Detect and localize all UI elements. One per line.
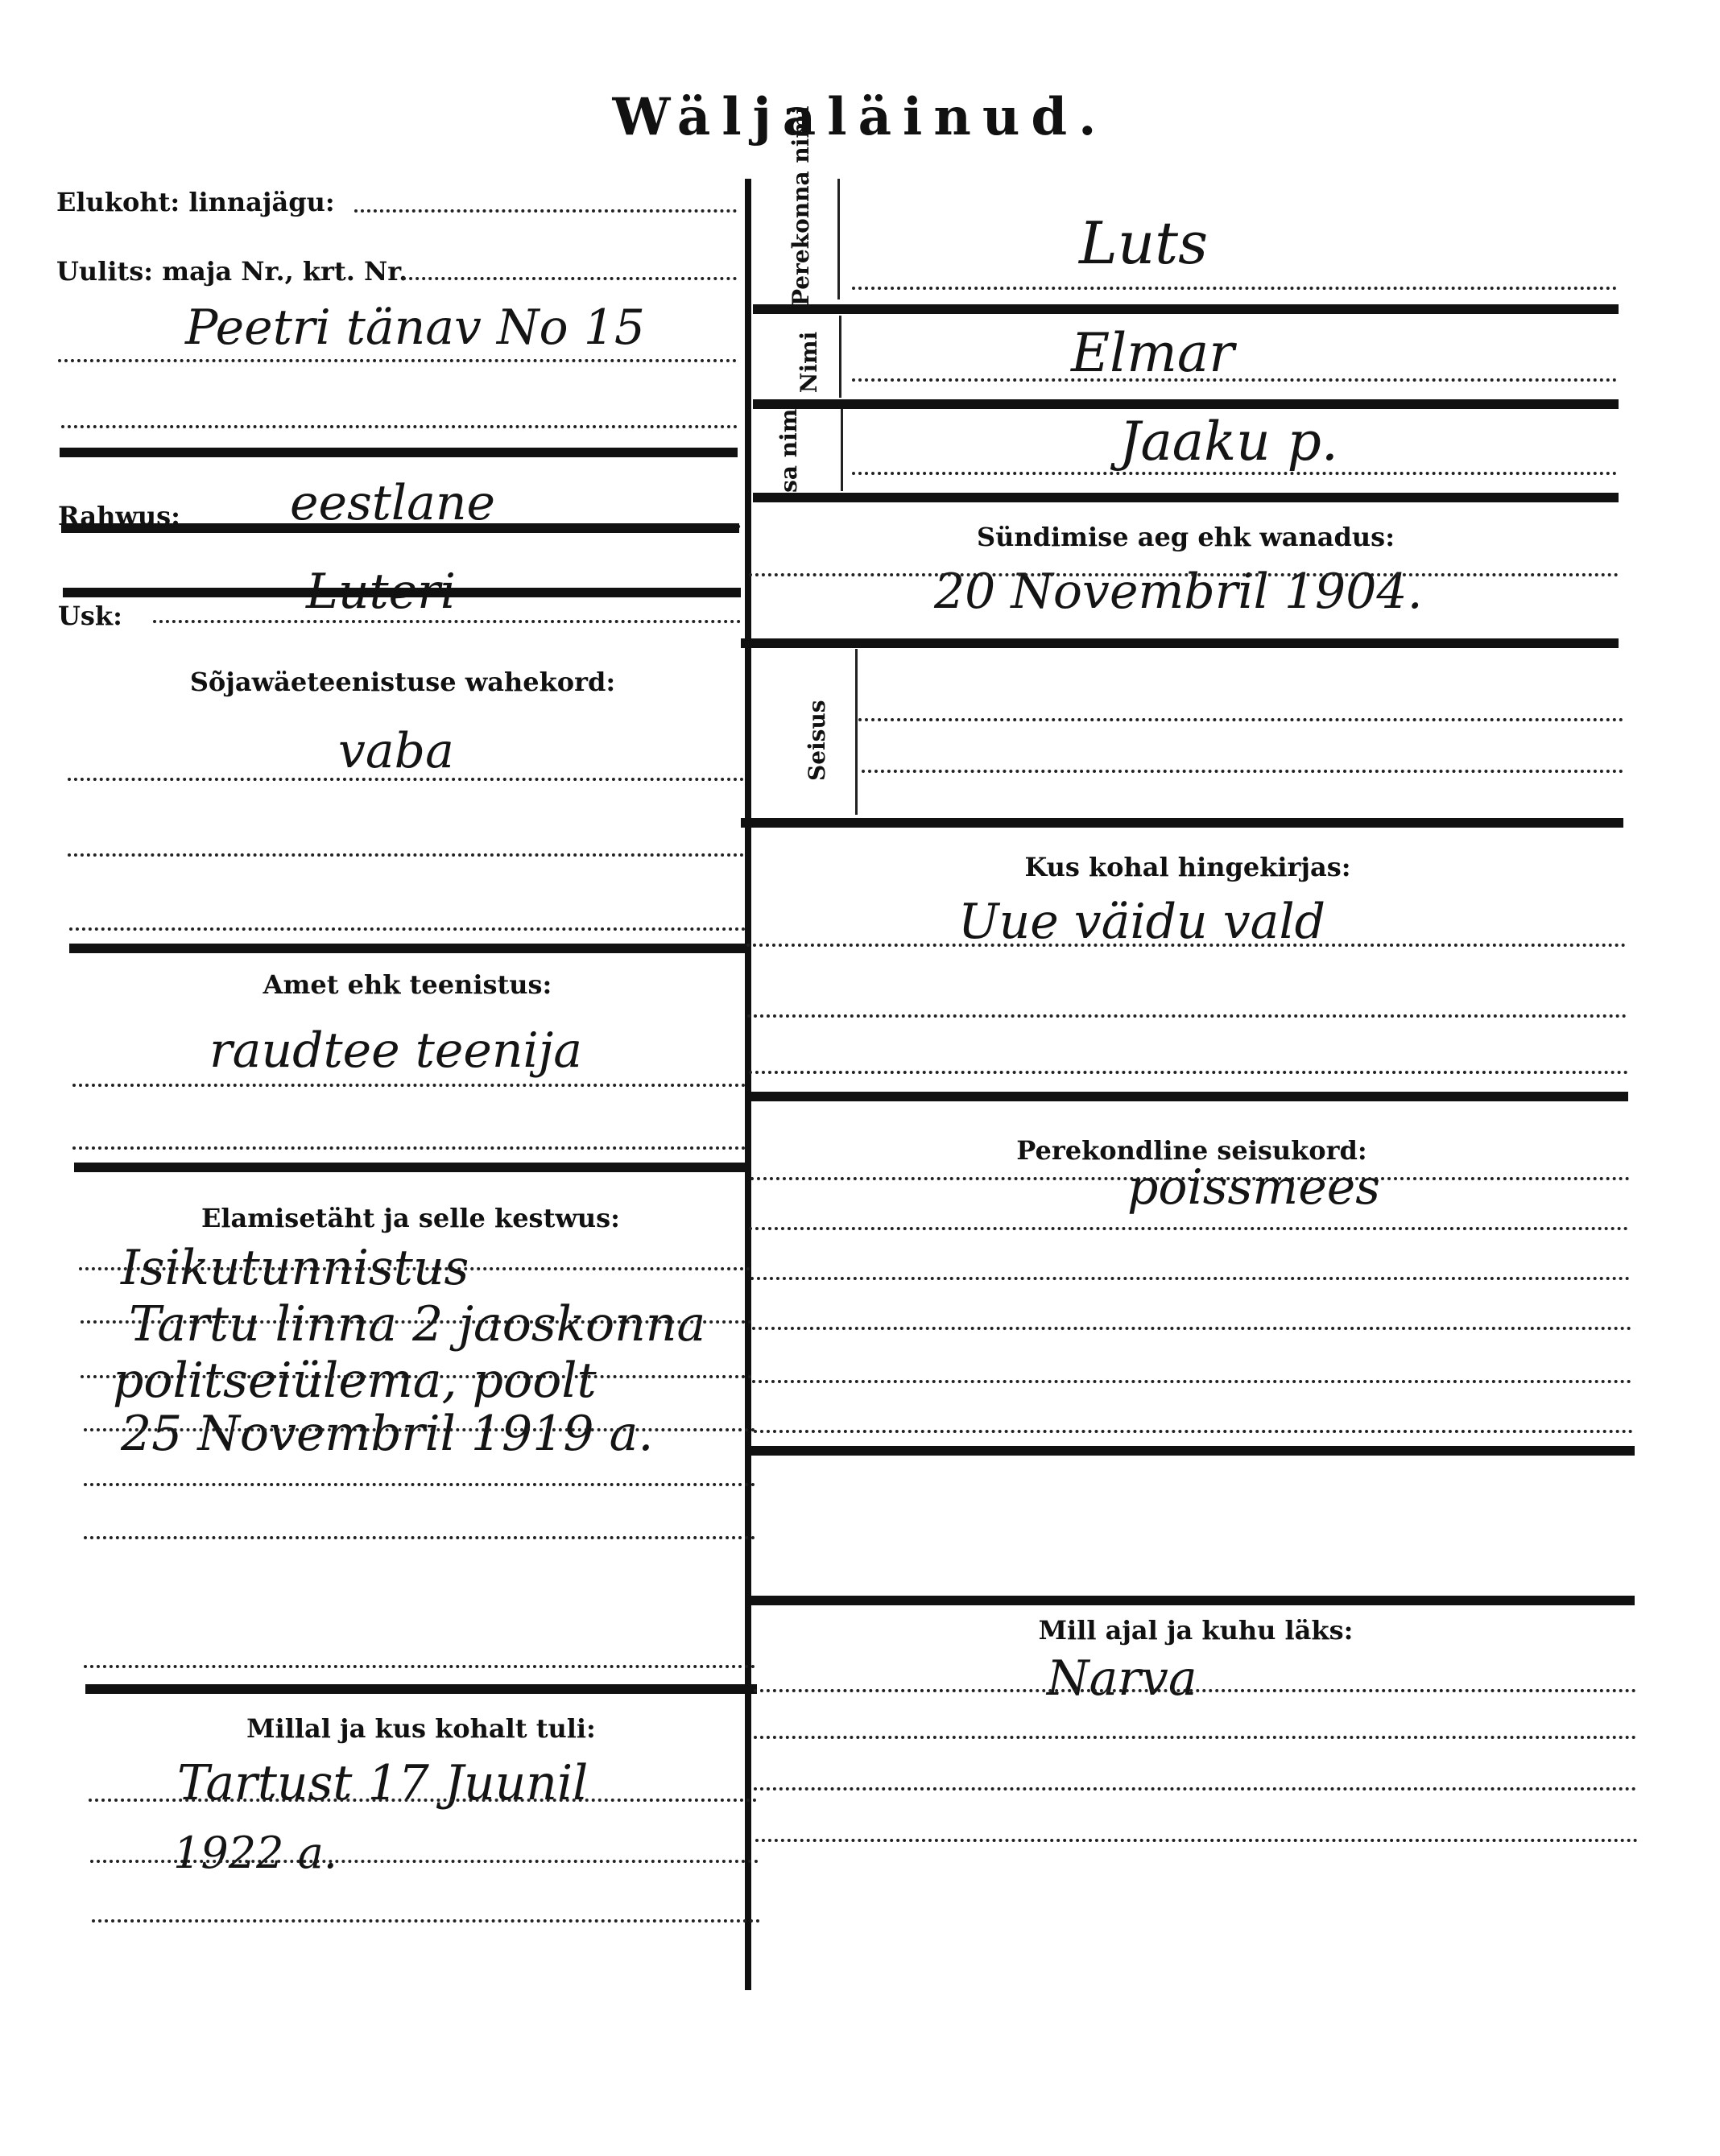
divider (749, 1596, 1635, 1605)
perekonnanimi-field[interactable] (852, 287, 1617, 290)
sojavae-line-3[interactable] (69, 927, 746, 931)
lats-value: Narva (1047, 1650, 1197, 1707)
hingekiri-line-2[interactable] (747, 1014, 1627, 1018)
amet-value: raudtee teenija (209, 1022, 582, 1079)
elamisetaht-value-2: Tartu linna 2 jaoskonna (129, 1296, 705, 1353)
sojavae-line-2[interactable] (68, 853, 744, 857)
perekondline-value: poissmees (1127, 1159, 1380, 1216)
lats-line-1[interactable] (754, 1689, 1636, 1692)
elamisetaht-line-3[interactable] (81, 1375, 752, 1378)
usk-label: Usk: (58, 601, 122, 631)
divider (841, 409, 843, 491)
hingekiri-label: Kus kohal hingekirjas: (753, 852, 1623, 882)
perekonnanimi-value: Luts (1079, 209, 1208, 277)
perekondline-line-3[interactable] (750, 1277, 1630, 1280)
form-title: Wäljaläinud. (0, 87, 1720, 147)
elamisetaht-value-3: politseiülema, poolt (113, 1353, 597, 1409)
sojavae-label: Sõjawäeteenistuse wahekord: (64, 667, 741, 697)
amet-line-1[interactable] (72, 1084, 746, 1087)
hingekiri-line-1[interactable] (746, 944, 1626, 947)
uulits-label: Uulits: maja Nr., krt. Nr. (56, 256, 407, 287)
perekondline-line-2[interactable] (749, 1227, 1628, 1230)
nimi-value: Elmar (1071, 322, 1234, 384)
sundimise-label: Sündimise aeg ehk wanadus: (753, 522, 1619, 552)
perekondline-line-5[interactable] (752, 1380, 1631, 1383)
lats-label: Mill ajal ja kuhu läks: (753, 1615, 1639, 1646)
divider (749, 1446, 1635, 1456)
divider (837, 179, 840, 299)
hingekiri-line-3[interactable] (749, 1071, 1628, 1074)
seisus-label: Seisus (805, 700, 837, 781)
seisus-line-1[interactable] (858, 718, 1623, 721)
sundimise-value: 20 Novembril 1904. (934, 564, 1423, 620)
uulits-line-3[interactable] (61, 425, 738, 428)
divider (60, 448, 738, 457)
elamisetaht-line-4[interactable] (84, 1428, 755, 1431)
sojavae-line-1[interactable] (68, 778, 744, 781)
tuli-line-3[interactable] (92, 1919, 760, 1923)
elamisetaht-line-6[interactable] (84, 1536, 755, 1539)
seisus-line-2[interactable] (862, 770, 1623, 773)
divider (85, 1684, 757, 1694)
elamisetaht-line-5[interactable] (84, 1483, 755, 1486)
isanimi-label: Isa nimi (777, 423, 833, 503)
tuli-line-2[interactable] (90, 1860, 759, 1863)
elukoht-label: Elukoht: linnajägu: (56, 187, 335, 217)
elukoht-field[interactable] (354, 209, 737, 213)
uulits-line-2[interactable] (58, 359, 737, 362)
amet-line-2[interactable] (72, 1146, 746, 1150)
divider (753, 399, 1619, 409)
nimi-field[interactable] (852, 378, 1617, 382)
lats-line-4[interactable] (755, 1839, 1638, 1842)
nimi-label: Nimi (797, 322, 829, 403)
divider (746, 1092, 1628, 1101)
sundimise-field[interactable] (749, 573, 1619, 576)
elamisetaht-line-2[interactable] (81, 1320, 752, 1324)
hingekiri-value: Uue väidu vald (958, 894, 1325, 950)
lats-line-3[interactable] (754, 1787, 1636, 1790)
perekondline-line-1[interactable] (750, 1177, 1630, 1180)
sojavae-value: vaba (338, 723, 454, 779)
divider (63, 588, 741, 597)
divider (61, 523, 739, 533)
divider (69, 944, 746, 953)
elamisetaht-line-1[interactable] (79, 1267, 750, 1270)
divider (741, 818, 1623, 828)
divider (839, 316, 841, 398)
lats-line-2[interactable] (754, 1736, 1636, 1739)
isanimi-value: Jaaku p. (1119, 411, 1338, 473)
uulits-line-1[interactable] (403, 277, 737, 280)
tuli-label: Millal ja kus kohalt tuli: (85, 1713, 757, 1744)
elamisetaht-line-7[interactable] (84, 1665, 755, 1668)
isanimi-field[interactable] (852, 472, 1617, 475)
elamisetaht-label: Elamisetäht ja selle kestwus: (74, 1203, 747, 1233)
uulits-value: Peetri tänav No 15 (185, 299, 645, 356)
divider (753, 493, 1619, 502)
divider (753, 304, 1619, 314)
tuli-line-1[interactable] (89, 1799, 757, 1802)
perekondline-line-6[interactable] (754, 1430, 1633, 1433)
divider (855, 649, 858, 815)
usk-field[interactable] (153, 620, 741, 623)
perekondline-line-4[interactable] (752, 1327, 1631, 1330)
divider (741, 638, 1619, 648)
elamisetaht-value-4: 25 Novembril 1919 a. (121, 1406, 654, 1462)
divider (74, 1163, 747, 1172)
tuli-value-2: 1922 a. (173, 1828, 337, 1878)
tuli-value-1: Tartust 17 Juunil (177, 1755, 588, 1811)
amet-label: Amet ehk teenistus: (69, 969, 746, 1000)
